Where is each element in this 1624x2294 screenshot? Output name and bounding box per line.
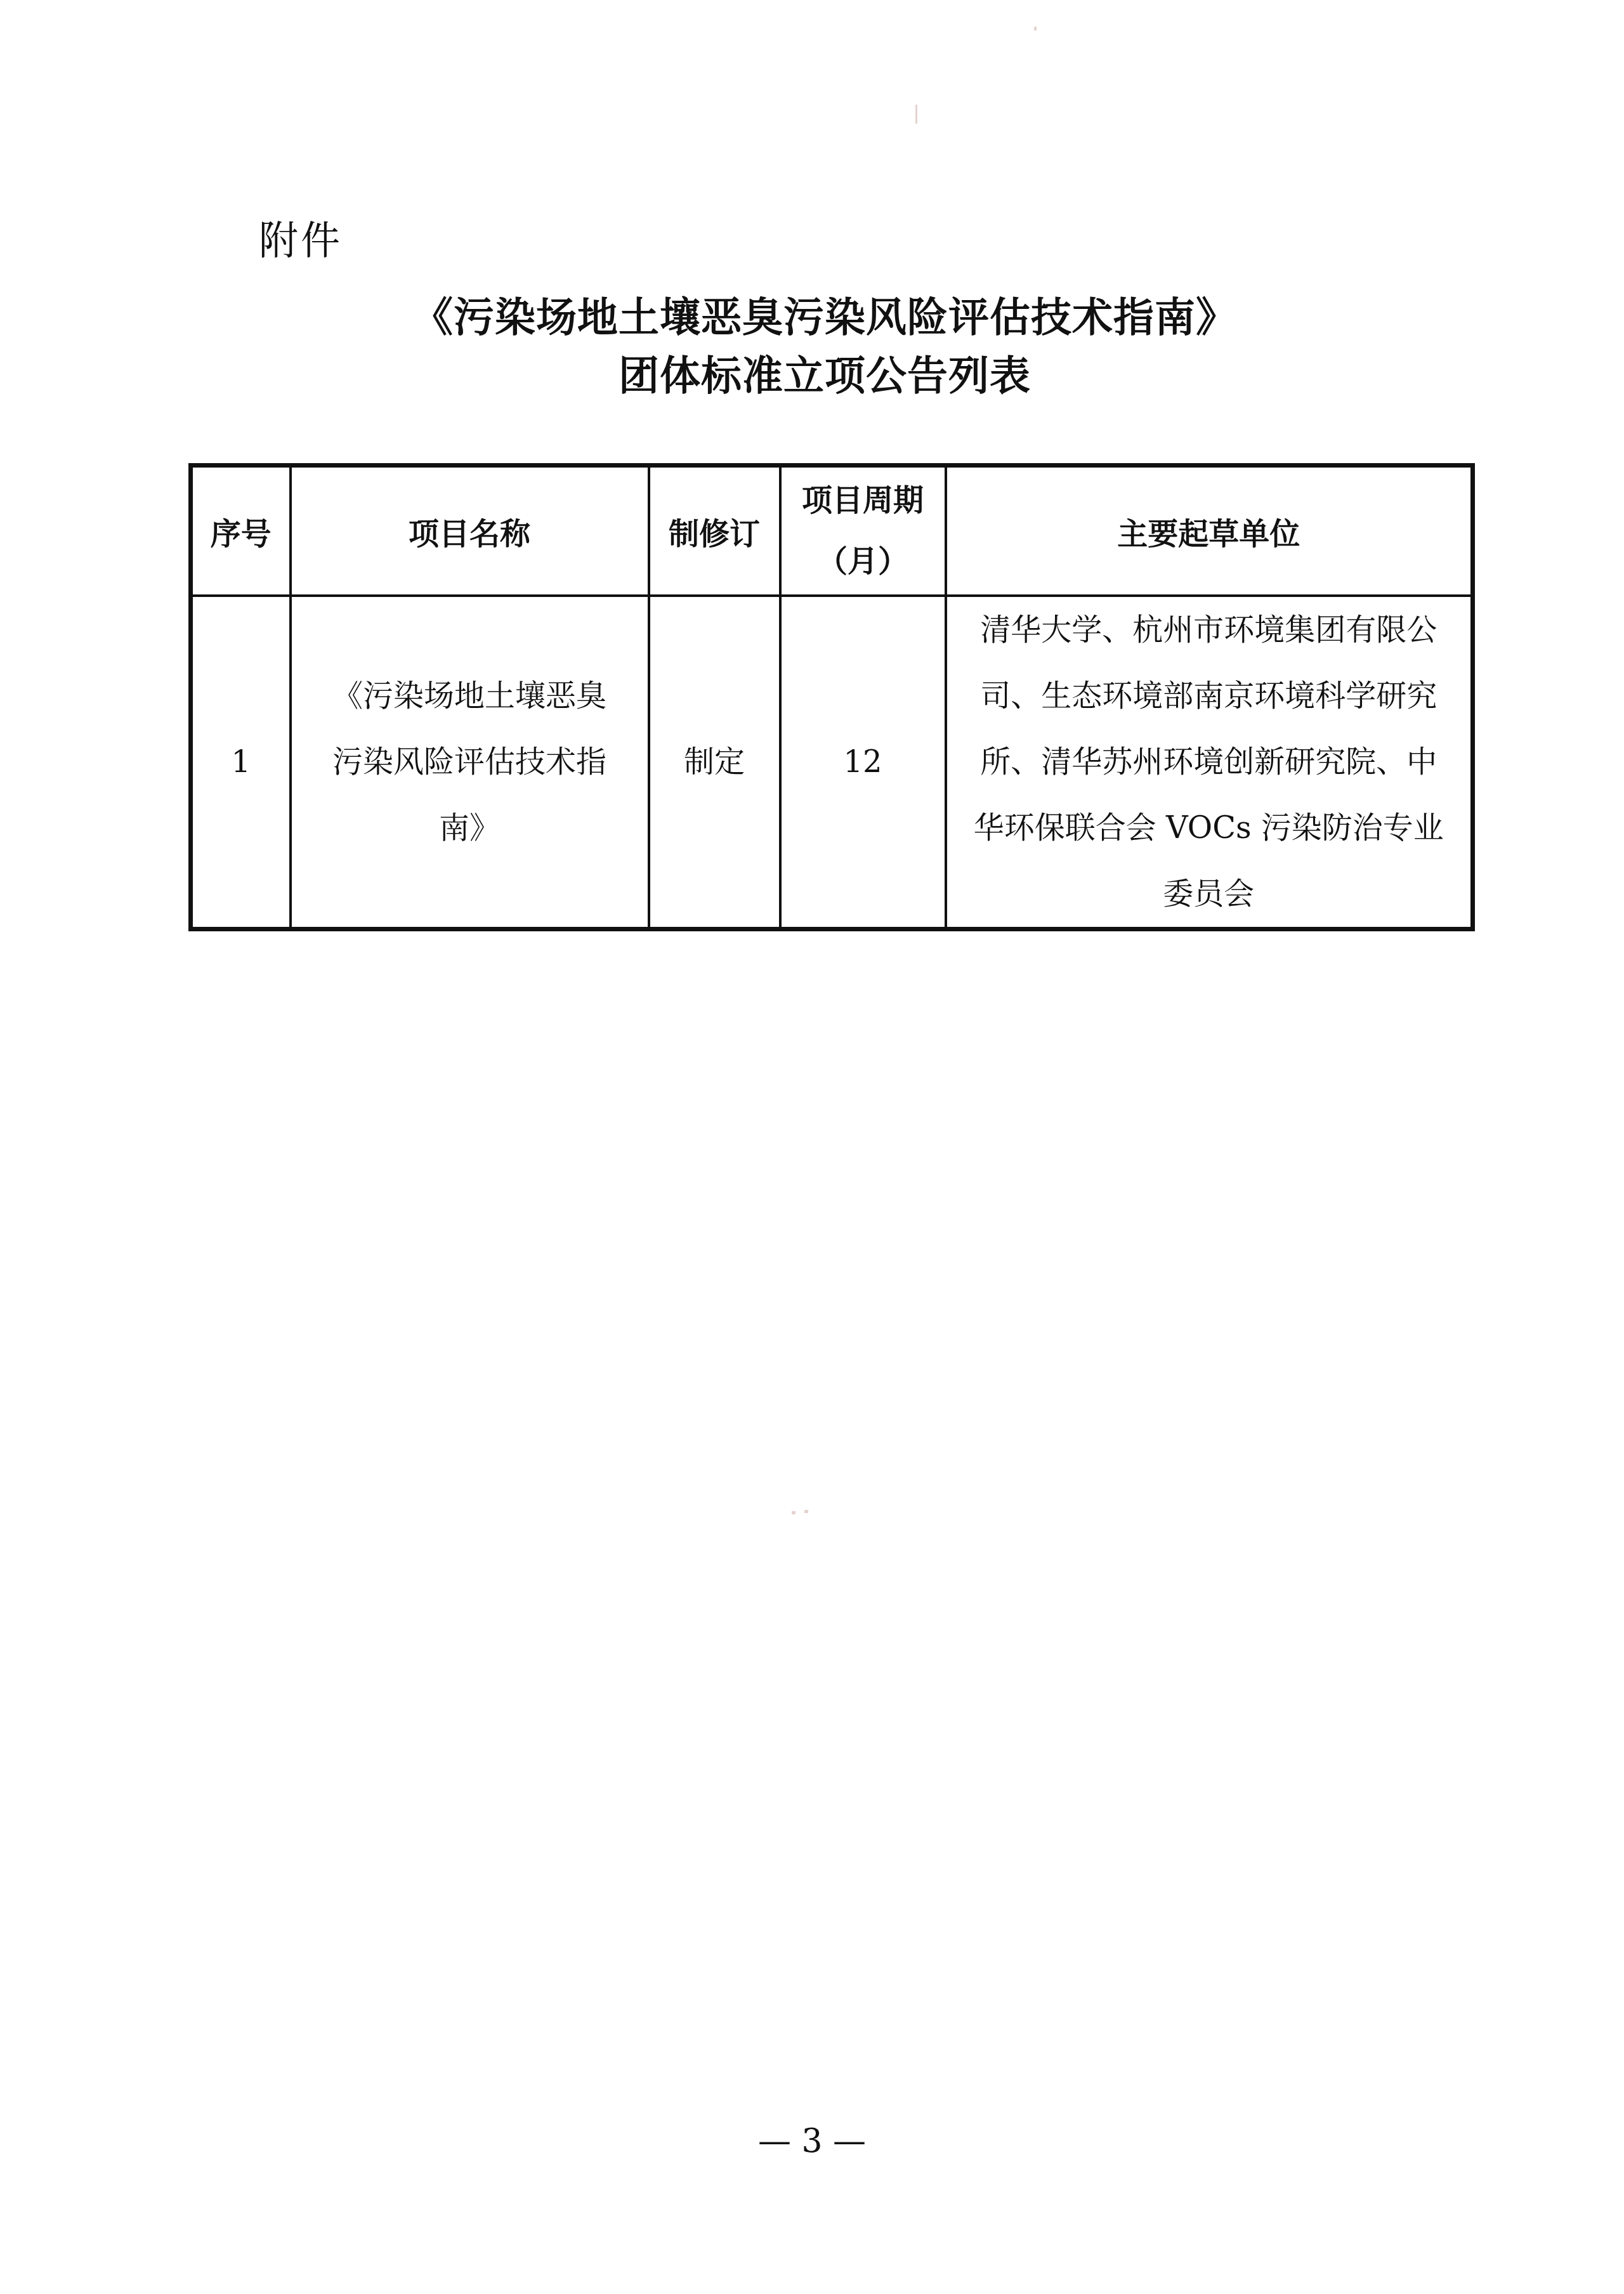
scan-speck: [804, 1510, 808, 1513]
header-project-period: 项目周期 （月）: [780, 466, 946, 596]
project-name-line: 南》: [292, 795, 648, 861]
scan-speck: [792, 1511, 796, 1514]
cell-drafting-units: 清华大学、杭州市环境集团有限公 司、生态环境部南京环境科学研究 所、清华苏州环境…: [946, 596, 1473, 929]
drafting-units-line: 华环保联合会 VOCs 污染防治专业: [947, 795, 1471, 861]
cell-project-name: 《污染场地土壤恶臭 污染风险评估技术指 南》: [291, 596, 649, 929]
attachment-label: 附件: [259, 209, 343, 266]
announcement-table: 序号 项目名称 制修订 项目周期 （月） 主要起草单位 1 《污染场地土壤恶臭 …: [188, 463, 1470, 921]
cell-seq: 1: [191, 596, 291, 929]
drafting-units-line: 清华大学、杭州市环境集团有限公: [947, 597, 1471, 663]
cell-revision-type: 制定: [649, 596, 780, 929]
cell-project-period: 12: [780, 596, 946, 929]
header-seq: 序号: [191, 466, 291, 596]
header-revision-type: 制修订: [649, 466, 780, 596]
drafting-units-line: 所、清华苏州环境创新研究院、中: [947, 729, 1471, 795]
header-period-label: 项目周期: [782, 470, 945, 531]
drafting-units-line: 司、生态环境部南京环境科学研究: [947, 663, 1471, 729]
table-header-row: 序号 项目名称 制修订 项目周期 （月） 主要起草单位: [191, 466, 1473, 596]
document-subtitle: 团体标准立项公告列表: [13, 347, 1624, 405]
header-drafting-units: 主要起草单位: [946, 466, 1473, 596]
drafting-units-line: 委员会: [947, 861, 1471, 927]
scan-speck: [1034, 27, 1037, 30]
scan-speck: [915, 105, 917, 124]
document-title: 《污染场地土壤恶臭污染风险评估技术指南》: [13, 289, 1624, 347]
page-number: — 3 —: [0, 2122, 1624, 2160]
header-project-name: 项目名称: [291, 466, 649, 596]
project-name-line: 《污染场地土壤恶臭: [292, 663, 648, 729]
table-row: 1 《污染场地土壤恶臭 污染风险评估技术指 南》 制定 12 清华大学、杭州市环…: [191, 596, 1473, 929]
header-period-unit: （月）: [782, 531, 945, 592]
project-name-line: 污染风险评估技术指: [292, 729, 648, 795]
